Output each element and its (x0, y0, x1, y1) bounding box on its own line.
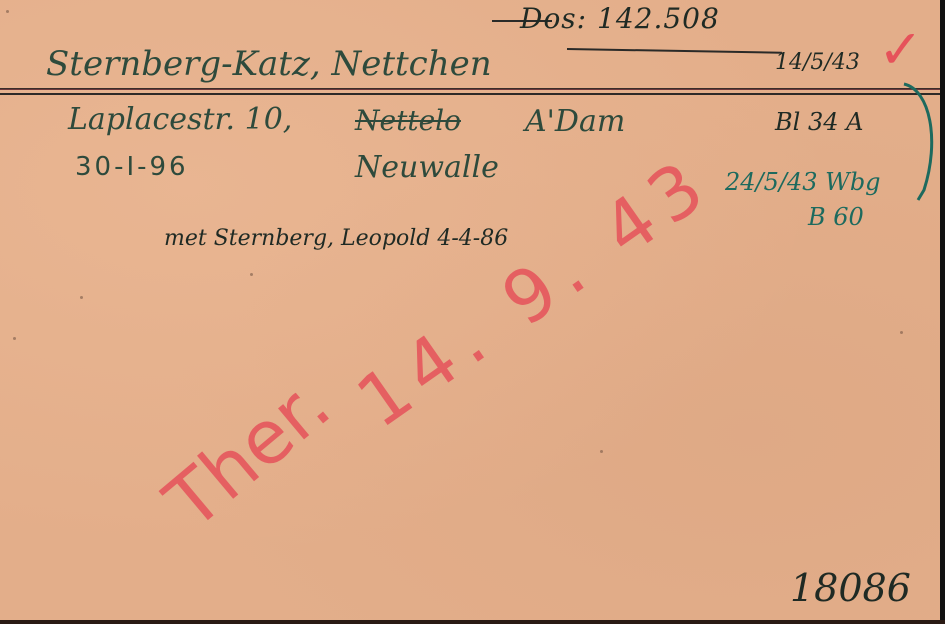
paper-speck (600, 450, 603, 453)
card-number: 18086 (790, 566, 911, 610)
card-rule-bottom (0, 93, 940, 95)
address: Laplacestr. 10, (68, 102, 292, 137)
dossier-number: Dos: 142.508 (520, 2, 720, 35)
code-second: B 60 (808, 203, 864, 231)
relation-note: met Sternberg, Leopold 4-4-86 (164, 226, 508, 251)
paper-speck (250, 273, 253, 276)
card-edge-right (940, 0, 945, 624)
card-rule-red (0, 89, 940, 90)
birth-place: Neuwalle (355, 150, 499, 185)
address-struck-out: Nettelo (355, 104, 461, 137)
paper-speck (13, 337, 16, 340)
date-second: 24/5/43 Wbg (725, 168, 881, 196)
date-top: 14/5/43 (775, 50, 860, 75)
paper-speck (80, 296, 83, 299)
transport-date: 14. 9. 43 (342, 140, 727, 444)
paper-speck (6, 10, 9, 13)
transport-place: Ther. (150, 361, 347, 546)
card-edge-bottom (0, 620, 945, 624)
dossier-underline (567, 48, 782, 54)
index-card: Dos: 142.508 Sternberg-Katz, Nettchen 14… (0, 0, 940, 620)
paper-speck (900, 331, 903, 334)
person-name: Sternberg-Katz, Nettchen (46, 44, 492, 84)
code-top: Bl 34 A (775, 108, 863, 136)
bracket-arc-icon (900, 80, 940, 210)
city: A'Dam (525, 104, 625, 139)
birth-date: 30-I-96 (75, 152, 189, 182)
check-mark-icon: ✓ (878, 18, 923, 81)
